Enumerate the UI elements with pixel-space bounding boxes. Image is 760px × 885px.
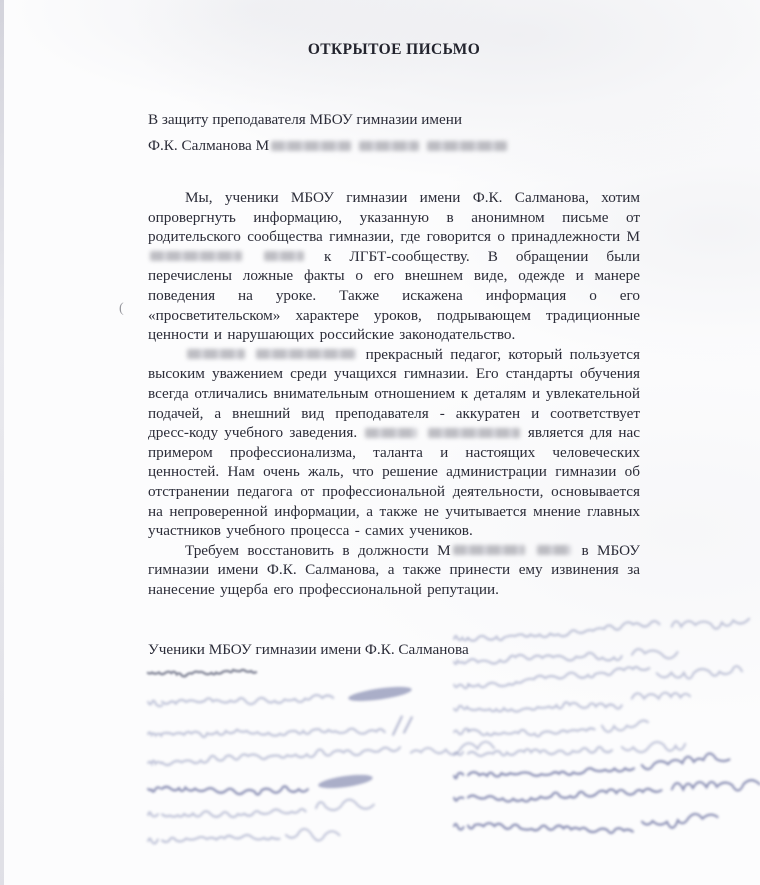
scanned-letter-page: ОТКРЫТОЕ ПИСЬМО В защиту преподавателя М… <box>0 0 760 885</box>
paragraph-2: прекрасный педагог, который пользуется в… <box>148 345 640 541</box>
redacted-name-blur <box>453 545 525 555</box>
salutation-block: В защиту преподавателя МБОУ гимназии име… <box>148 107 640 159</box>
signature-column-right <box>452 627 760 836</box>
paragraph-3: Требуем восстановить в должности М в МБО… <box>148 541 640 600</box>
redacted-patronymic-blur <box>427 141 507 151</box>
redacted-patronymic-blur <box>256 349 356 359</box>
salutation-line-1: В защиту преподавателя МБОУ гимназии име… <box>148 107 640 133</box>
handwritten-signature <box>146 681 450 710</box>
redacted-name-blur <box>150 251 242 261</box>
paragraph-3-text-a: Требуем восстановить в должности М <box>185 542 451 559</box>
redacted-firstname-blur <box>359 141 419 151</box>
redacted-patronymic-blur <box>428 428 520 438</box>
salutation-line-2: Ф.К. Салманова М <box>148 133 640 159</box>
handwritten-date-blur <box>146 664 276 680</box>
paragraph-1-text-a: Мы, ученики МБОУ гимназии имени Ф.К. Сал… <box>148 189 640 245</box>
letter-body: Мы, ученики МБОУ гимназии имени Ф.К. Сал… <box>148 188 640 599</box>
redacted-initials-blur <box>537 545 571 555</box>
redacted-firstname-blur <box>187 349 245 359</box>
letter-title: ОТКРЫТОЕ ПИСЬМО <box>148 41 640 59</box>
salutation-line-2-prefix: Ф.К. Салманова М <box>148 137 269 154</box>
paragraph-2-text-b: является для нас примером профессионализ… <box>148 424 640 539</box>
redacted-surname-blur <box>271 141 351 151</box>
redacted-firstname-blur <box>365 428 417 438</box>
letter-content: ОТКРЫТОЕ ПИСЬМО В защиту преподавателя М… <box>148 0 640 659</box>
paragraph-1: Мы, ученики МБОУ гимназии имени Ф.К. Сал… <box>148 188 640 345</box>
redacted-initials-blur <box>264 251 304 261</box>
scan-edge-shadow <box>0 0 4 885</box>
handwritten-signature <box>452 809 747 834</box>
paragraph-1-text-b: к ЛГБТ-сообществу. В обращении были пере… <box>148 248 640 343</box>
scan-artifact-mark: ( <box>119 301 124 317</box>
handwritten-signature <box>146 817 367 849</box>
